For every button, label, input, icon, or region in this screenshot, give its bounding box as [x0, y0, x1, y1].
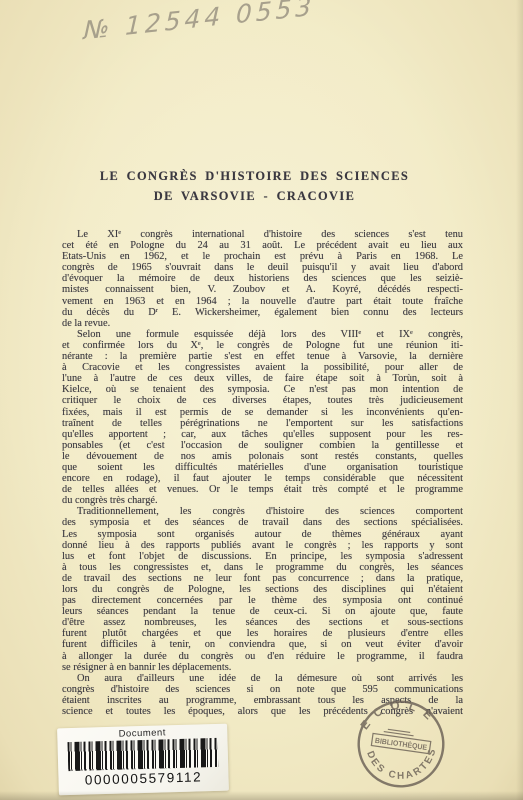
text-line: du décès du Dr E. Wickersheimer, égaleme…: [62, 307, 463, 318]
text-line: du congrès très chargé.: [62, 495, 463, 506]
text-line: nérante : la première partie s'est en ef…: [62, 351, 463, 362]
text-line: pas directement concernées par le thème …: [62, 595, 463, 606]
text-line: Etats-Unis en 1962, et le prochain est p…: [62, 251, 463, 262]
text-line: à Cracovie et les congressistes avaient …: [62, 362, 463, 373]
stamp-top-text: ECOLE: [357, 696, 442, 733]
text-line: donné lieu à des rapports publiés avant …: [62, 540, 463, 551]
text-line: d'évoquer la mémoire de deux historiens …: [62, 273, 463, 284]
text-line: d'être assez nombreuses, les séances des…: [62, 617, 463, 628]
text-line: des symposia et des séances de travail d…: [62, 517, 463, 528]
text-line: furent difficiles à tenir, on conviendra…: [62, 639, 463, 650]
text-line: fixées, mais il est permis de se demande…: [62, 407, 463, 418]
text-line: leurs séances pendant la tenue de ceux-c…: [62, 606, 463, 617]
text-line: se résigner à en bannir les déplacements…: [62, 662, 463, 673]
text-line: critiquer le choix de ces diverses étape…: [62, 395, 463, 406]
barcode-number: 0000005579112: [58, 769, 228, 789]
text-line: qu'elles apportent ; car, aux tâches qu'…: [62, 429, 463, 440]
text-line: On aura d'ailleurs une idée de la démesu…: [62, 673, 463, 684]
title-line-2: DE VARSOVIE - CRACOVIE: [0, 187, 509, 207]
svg-text:ECOLE: ECOLE: [357, 696, 442, 733]
text-line: encore en rodage), il faut ajouter le te…: [62, 473, 463, 484]
text-line: cet été en Pologne du 24 au 31 août. Le …: [62, 240, 463, 251]
text-line: traînent de telles pérégrinations ne l'e…: [62, 418, 463, 429]
article-title: LE CONGRÈS D'HISTOIRE DES SCIENCES DE VA…: [0, 167, 509, 206]
title-line-1: LE CONGRÈS D'HISTOIRE DES SCIENCES: [0, 167, 509, 187]
text-line: de travail des sections ne leur font pas…: [62, 573, 463, 584]
text-line: Traditionnellement, les congrès d'histoi…: [62, 506, 463, 517]
text-line: le dévouement de nos amis polonais sont …: [62, 451, 463, 462]
text-line: que soient les difficultés matérielles d…: [62, 462, 463, 473]
page-edge-shadow-bottom: [0, 791, 523, 800]
text-line: Les symposia sont organisés autour de th…: [62, 529, 463, 540]
text-line: mistes connaissent bien, V. Zoubov et A.…: [62, 284, 463, 295]
text-line: furent plutôt chargées et que les horair…: [62, 628, 463, 639]
text-line: et confirmée lors du Xe, le congrès de P…: [62, 340, 463, 351]
text-line: Kielce, où se tenaient des symposia. Ce …: [62, 384, 463, 395]
library-stamp: ECOLE DES CHARTES BIBLIOTHÈQUE: [349, 694, 453, 795]
text-line: lors du congrès de Pologne, les sections…: [62, 584, 463, 595]
page-edge-shadow-right: [516, 0, 523, 800]
handwritten-shelfmark: № 12544 0553: [83, 0, 316, 45]
barcode-bars-icon: [67, 738, 218, 771]
text-line: lus et font l'objet de discussions. En p…: [62, 551, 463, 562]
scanned-document-page: № 12544 0553 LE CONGRÈS D'HISTOIRE DES S…: [0, 0, 523, 800]
text-line: Le XIe congrès international d'histoire …: [62, 229, 463, 240]
text-line: de la revue.: [62, 318, 463, 329]
article-body: Le XIe congrès international d'histoire …: [62, 229, 463, 717]
barcode-sticker: Document 0000005579112: [57, 724, 229, 796]
text-line: vement en 1963 et en 1964 ; la nouvelle …: [62, 296, 463, 307]
stamp-banner: BIBLIOTHÈQUE: [371, 727, 431, 753]
text-line: de telles allées et venues. Or le temps …: [62, 484, 463, 495]
text-line: congrès d'histoire des sciences si on no…: [62, 684, 463, 695]
text-line: ponsables (et c'est l'occasion de soulig…: [62, 440, 463, 451]
text-line: à tous les congressistes et, dans le pro…: [62, 562, 463, 573]
text-line: l'une à l'autre de ces deux villes, de f…: [62, 373, 463, 384]
text-line: à allonger la durée du congrès ou d'en r…: [62, 651, 463, 662]
text-line: congrès de 1965 s'ouvrait dans le deuil …: [62, 262, 463, 273]
text-line: Selon une formule esquissée déjà lors de…: [62, 329, 463, 340]
